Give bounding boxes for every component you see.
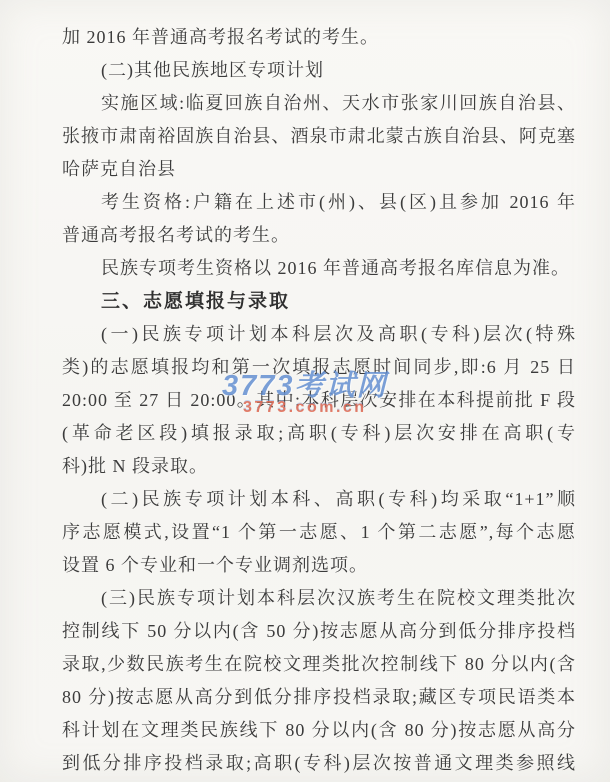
body-line: 序志愿模式,设置“1 个第一志愿、1 个第二志愿”,每个志愿 (62, 516, 576, 549)
body-line: 科计划在文理类民族线下 80 分以内(含 80 分)按志愿从高分 (62, 714, 576, 747)
scanned-document-page: 3773考试网 3773.com.cn 加 2016 年普通高考报名考试的考生。… (0, 0, 610, 782)
body-line: 录取,少数民族考生在院校文理类批次控制线下 80 分以内(含 (62, 648, 576, 681)
body-line: (一)民族专项计划本科层次及高职(专科)层次(特殊 (62, 318, 576, 351)
body-line: 控制线下 50 分以内(含 50 分)按志愿从高分到低分排序投档 (62, 615, 576, 648)
body-line: 加 2016 年普通高考报名考试的考生。 (62, 21, 576, 54)
body-line: (三)民族专项计划本科层次汉族考生在院校文理类批次 (62, 582, 576, 615)
heading-section-3-volunteer-admission: 三、志愿填报与录取 (62, 285, 576, 318)
body-line: 科)批 N 段录取。 (62, 450, 576, 483)
subheading-other-ethnic-areas: (二)其他民族地区专项计划 (62, 54, 576, 87)
body-line: 张掖市肃南裕固族自治县、酒泉市肃北蒙古族自治县、阿克塞 (62, 120, 576, 153)
body-line: 哈萨克自治县 (62, 153, 576, 186)
body-line: 实施区域:临夏回族自治州、天水市张家川回族自治县、 (62, 87, 576, 120)
body-line: 设置 6 个专业和一个专业调剂选项。 (62, 549, 576, 582)
body-line: (二)民族专项计划本科、高职(专科)均采取“1+1”顺 (62, 483, 576, 516)
document-text-block: 加 2016 年普通高考报名考试的考生。 (二)其他民族地区专项计划 实施区域:… (62, 21, 576, 780)
body-line: 到低分排序投档录取;高职(专科)层次按普通文理类参照线 (62, 747, 576, 780)
body-line: 民族专项考生资格以 2016 年普通高考报名库信息为准。 (62, 252, 576, 285)
body-line: 类)的志愿填报均和第一次填报志愿时间同步,即:6 月 25 日 (62, 351, 576, 384)
body-line: 20:00 至 27 日 20:00。其中:本科层次安排在本科提前批 F 段 (62, 384, 576, 417)
body-line: (革命老区段)填报录取;高职(专科)层次安排在高职(专 (62, 417, 576, 450)
body-line: 80 分)按志愿从高分到低分排序投档录取;藏区专项民语类本 (62, 681, 576, 714)
body-line: 考生资格:户籍在上述市(州)、县(区)且参加 2016 年 (62, 186, 576, 219)
body-line: 普通高考报名考试的考生。 (62, 219, 576, 252)
